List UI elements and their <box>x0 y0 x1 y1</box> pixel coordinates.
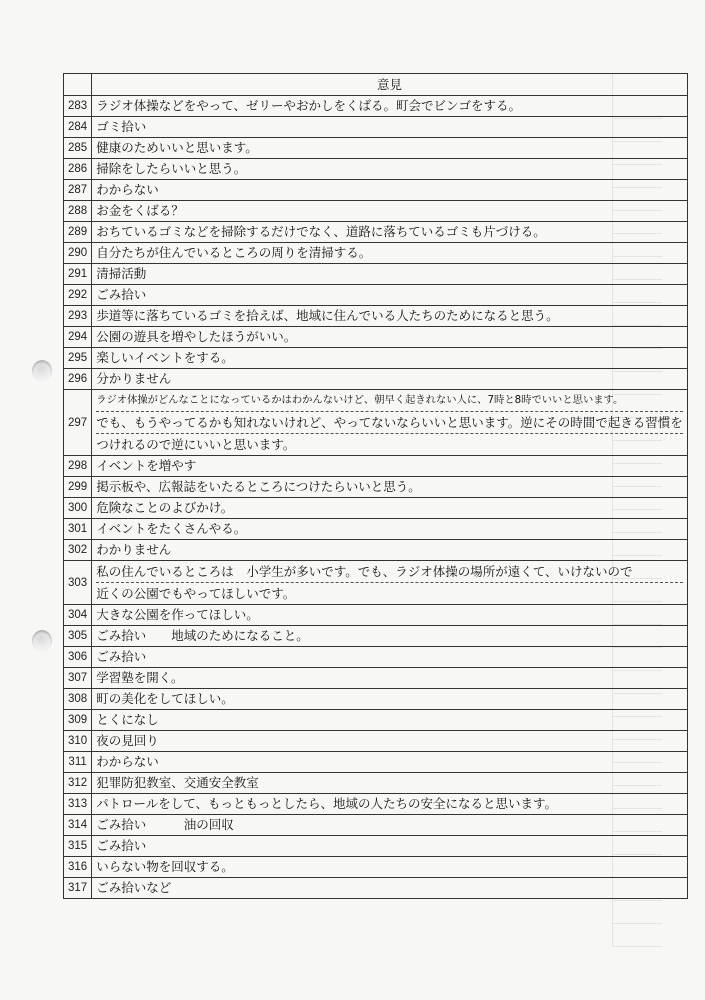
table-row: 295楽しいイベントをする。 <box>64 348 688 369</box>
row-opinion: イベントをたくさんやる。 <box>92 519 688 540</box>
row-number: 293 <box>64 306 92 327</box>
row-opinion: パトロールをして、もっともっとしたら、地域の人たちの安全になると思います。 <box>92 794 688 815</box>
row-number: 305 <box>64 626 92 647</box>
row-opinion: 掃除をしたらいいと思う。 <box>92 159 688 180</box>
row-opinion: ごみ拾い <box>92 647 688 668</box>
row-opinion: 歩道等に落ちているゴミを拾えば、地域に住んでいる人たちのためになると思う。 <box>92 306 688 327</box>
header-number <box>64 74 92 96</box>
row-number: 300 <box>64 498 92 519</box>
punch-hole <box>32 630 52 652</box>
table-row: 287わからない <box>64 180 688 201</box>
row-opinion: 自分たちが住んでいるところの周りを清掃する。 <box>92 243 688 264</box>
table-header-row: 意見 <box>64 74 688 96</box>
row-number: 304 <box>64 605 92 626</box>
table-row: 288お金をくばる？ <box>64 201 688 222</box>
row-opinion: 健康のためいいと思います。 <box>92 138 688 159</box>
punch-hole <box>32 360 52 382</box>
row-opinion: 掲示板や、広報誌をいたるところにつけたらいいと思う。 <box>92 477 688 498</box>
table-row: 311わからない <box>64 752 688 773</box>
opinion-line: ラジオ体操がどんなことになっているかはわかんないけど、朝早く起きれない人に、7時… <box>96 390 683 411</box>
table-row: 285健康のためいいと思います。 <box>64 138 688 159</box>
table-row: 293歩道等に落ちているゴミを拾えば、地域に住んでいる人たちのためになると思う。 <box>64 306 688 327</box>
table-row: 307学習塾を開く。 <box>64 668 688 689</box>
row-number: 299 <box>64 477 92 498</box>
table-row: 300危険なことのよびかけ。 <box>64 498 688 519</box>
row-opinion: 公園の遊具を増やしたほうがいい。 <box>92 327 688 348</box>
row-opinion: わからない <box>92 752 688 773</box>
row-opinion: ゴミ拾い <box>92 117 688 138</box>
table-row: 283ラジオ体操などをやって、ゼリーやおかしをくばる。町会でビンゴをする。 <box>64 96 688 117</box>
table-row: 303私の住んでいるところは 小学生が多いです。でも、ラジオ体操の場所が遠くて、… <box>64 561 688 605</box>
table-body: 283ラジオ体操などをやって、ゼリーやおかしをくばる。町会でビンゴをする。284… <box>64 96 688 899</box>
table-row: 299掲示板や、広報誌をいたるところにつけたらいいと思う。 <box>64 477 688 498</box>
row-number: 314 <box>64 815 92 836</box>
row-number: 297 <box>64 390 92 456</box>
row-opinion: とくになし <box>92 710 688 731</box>
row-number: 286 <box>64 159 92 180</box>
row-number: 284 <box>64 117 92 138</box>
row-number: 298 <box>64 456 92 477</box>
table-row: 309とくになし <box>64 710 688 731</box>
table-row: 294公園の遊具を増やしたほうがいい。 <box>64 327 688 348</box>
header-opinion: 意見 <box>92 74 688 96</box>
table-row: 297ラジオ体操がどんなことになっているかはわかんないけど、朝早く起きれない人に… <box>64 390 688 456</box>
row-opinion: ごみ拾い <box>92 285 688 306</box>
row-number: 309 <box>64 710 92 731</box>
table-row: 284ゴミ拾い <box>64 117 688 138</box>
table-row: 298イベントを増やす <box>64 456 688 477</box>
row-number: 288 <box>64 201 92 222</box>
row-number: 294 <box>64 327 92 348</box>
row-number: 317 <box>64 878 92 899</box>
row-opinion: ごみ拾いなど <box>92 878 688 899</box>
table-row: 291清掃活動 <box>64 264 688 285</box>
row-number: 290 <box>64 243 92 264</box>
opinion-line: 近くの公園でもやってほしいです。 <box>96 582 683 604</box>
row-number: 292 <box>64 285 92 306</box>
row-opinion: 町の美化をしてほしい。 <box>92 689 688 710</box>
opinion-line: つけれるので逆にいいと思います。 <box>96 433 683 455</box>
row-number: 291 <box>64 264 92 285</box>
row-opinion: 危険なことのよびかけ。 <box>92 498 688 519</box>
row-number: 289 <box>64 222 92 243</box>
table-row: 296分かりません <box>64 369 688 390</box>
row-opinion: いらない物を回収する。 <box>92 857 688 878</box>
row-opinion: わからない <box>92 180 688 201</box>
row-number: 285 <box>64 138 92 159</box>
opinion-table: 意見 283ラジオ体操などをやって、ゼリーやおかしをくばる。町会でビンゴをする。… <box>63 73 688 899</box>
table-row: 308町の美化をしてほしい。 <box>64 689 688 710</box>
table-row: 286掃除をしたらいいと思う。 <box>64 159 688 180</box>
row-opinion: 大きな公園を作ってほしい。 <box>92 605 688 626</box>
row-number: 302 <box>64 540 92 561</box>
row-opinion: イベントを増やす <box>92 456 688 477</box>
row-number: 283 <box>64 96 92 117</box>
row-opinion: わかりません <box>92 540 688 561</box>
row-number: 315 <box>64 836 92 857</box>
row-opinion: 犯罪防犯教室、交通安全教室 <box>92 773 688 794</box>
table-row: 316いらない物を回収する。 <box>64 857 688 878</box>
row-opinion: 学習塾を開く。 <box>92 668 688 689</box>
opinion-line: でも、もうやってるかも知れないけれど、やってないならいいと思います。逆にその時間… <box>96 411 683 433</box>
row-opinion: 私の住んでいるところは 小学生が多いです。でも、ラジオ体操の場所が遠くて、いけな… <box>92 561 688 605</box>
row-opinion: ごみ拾い 地域のためになること。 <box>92 626 688 647</box>
table-row: 289おちているゴミなどを掃除するだけでなく、道路に落ちているゴミも片づける。 <box>64 222 688 243</box>
table-row: 302わかりません <box>64 540 688 561</box>
row-number: 303 <box>64 561 92 605</box>
table-row: 310夜の見回り <box>64 731 688 752</box>
row-number: 287 <box>64 180 92 201</box>
row-number: 310 <box>64 731 92 752</box>
row-opinion: 楽しいイベントをする。 <box>92 348 688 369</box>
table-row: 305ごみ拾い 地域のためになること。 <box>64 626 688 647</box>
row-opinion: ラジオ体操などをやって、ゼリーやおかしをくばる。町会でビンゴをする。 <box>92 96 688 117</box>
table-row: 313パトロールをして、もっともっとしたら、地域の人たちの安全になると思います。 <box>64 794 688 815</box>
row-number: 313 <box>64 794 92 815</box>
row-number: 307 <box>64 668 92 689</box>
opinion-line: 私の住んでいるところは 小学生が多いです。でも、ラジオ体操の場所が遠くて、いけな… <box>96 561 683 582</box>
row-number: 301 <box>64 519 92 540</box>
table-row: 290自分たちが住んでいるところの周りを清掃する。 <box>64 243 688 264</box>
row-opinion: ごみ拾い <box>92 836 688 857</box>
row-number: 296 <box>64 369 92 390</box>
table-row: 301イベントをたくさんやる。 <box>64 519 688 540</box>
table-row: 312犯罪防犯教室、交通安全教室 <box>64 773 688 794</box>
table-row: 304大きな公園を作ってほしい。 <box>64 605 688 626</box>
row-opinion: 分かりません <box>92 369 688 390</box>
row-opinion: ラジオ体操がどんなことになっているかはわかんないけど、朝早く起きれない人に、7時… <box>92 390 688 456</box>
table-row: 292ごみ拾い <box>64 285 688 306</box>
row-number: 308 <box>64 689 92 710</box>
row-number: 316 <box>64 857 92 878</box>
row-opinion: 清掃活動 <box>92 264 688 285</box>
row-number: 312 <box>64 773 92 794</box>
row-opinion: お金をくばる？ <box>92 201 688 222</box>
table-row: 314ごみ拾い 油の回収 <box>64 815 688 836</box>
row-number: 306 <box>64 647 92 668</box>
row-number: 295 <box>64 348 92 369</box>
row-number: 311 <box>64 752 92 773</box>
row-opinion: おちているゴミなどを掃除するだけでなく、道路に落ちているゴミも片づける。 <box>92 222 688 243</box>
table-row: 317ごみ拾いなど <box>64 878 688 899</box>
table-row: 306ごみ拾い <box>64 647 688 668</box>
table-row: 315ごみ拾い <box>64 836 688 857</box>
row-opinion: ごみ拾い 油の回収 <box>92 815 688 836</box>
row-opinion: 夜の見回り <box>92 731 688 752</box>
